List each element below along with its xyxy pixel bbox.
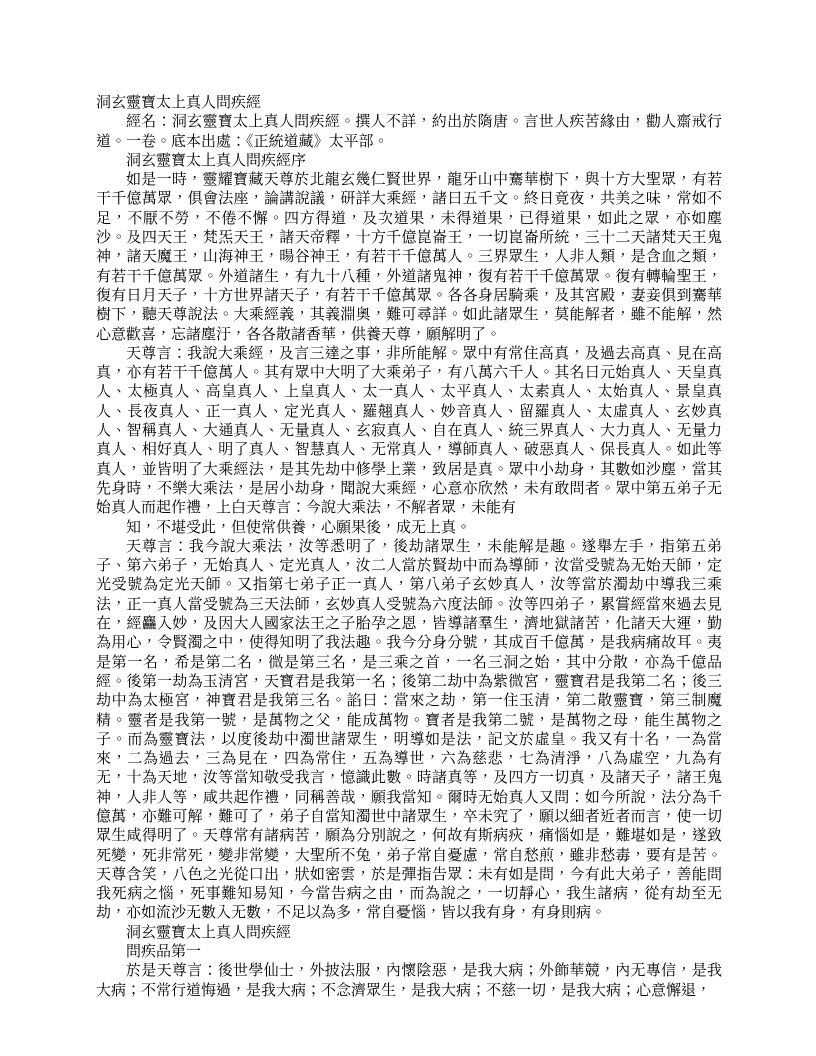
chapter-heading: 問疾品第一 — [96, 943, 722, 962]
paragraph: 知，不堪受此，但使常供養，心願果後，成无上真。 — [96, 519, 722, 538]
document-page: 洞玄靈寶太上真人問疾經 經名：洞玄靈寶太上真人問疾經。撰人不詳，約出於隋唐。言世… — [0, 0, 816, 1056]
scripture-title-repeat: 洞玄靈寶太上真人問疾經 — [96, 924, 722, 943]
paragraph: 天尊言：我說大乘經，及言三達之事，非所能解。眾中有常住高真，及過去高真、見在高真… — [96, 345, 722, 519]
preface-heading: 洞玄靈寶太上真人問疾經序 — [96, 152, 722, 171]
bibliographic-note: 經名：洞玄靈寶太上真人問疾經。撰人不詳，約出於隋唐。言世人疾苦緣由，勸人齋戒行道… — [96, 113, 722, 152]
document-title: 洞玄靈寶太上真人問疾經 — [96, 94, 722, 113]
paragraph: 如是一時，靈耀寶藏天尊於北龍玄幾仁賢世界，龍牙山中騫華樹下，與十方大聖眾，有若干… — [96, 171, 722, 345]
paragraph: 於是天尊言：後世學仙士，外披法服，內懷陰惡，是我大病；外飾華競，內无專信，是我大… — [96, 962, 722, 1001]
paragraph: 天尊言：我今說大乘法，汝等悉明了，後劫諸眾生，未能解是趣。遂舉左手，指第五弟子、… — [96, 538, 722, 924]
